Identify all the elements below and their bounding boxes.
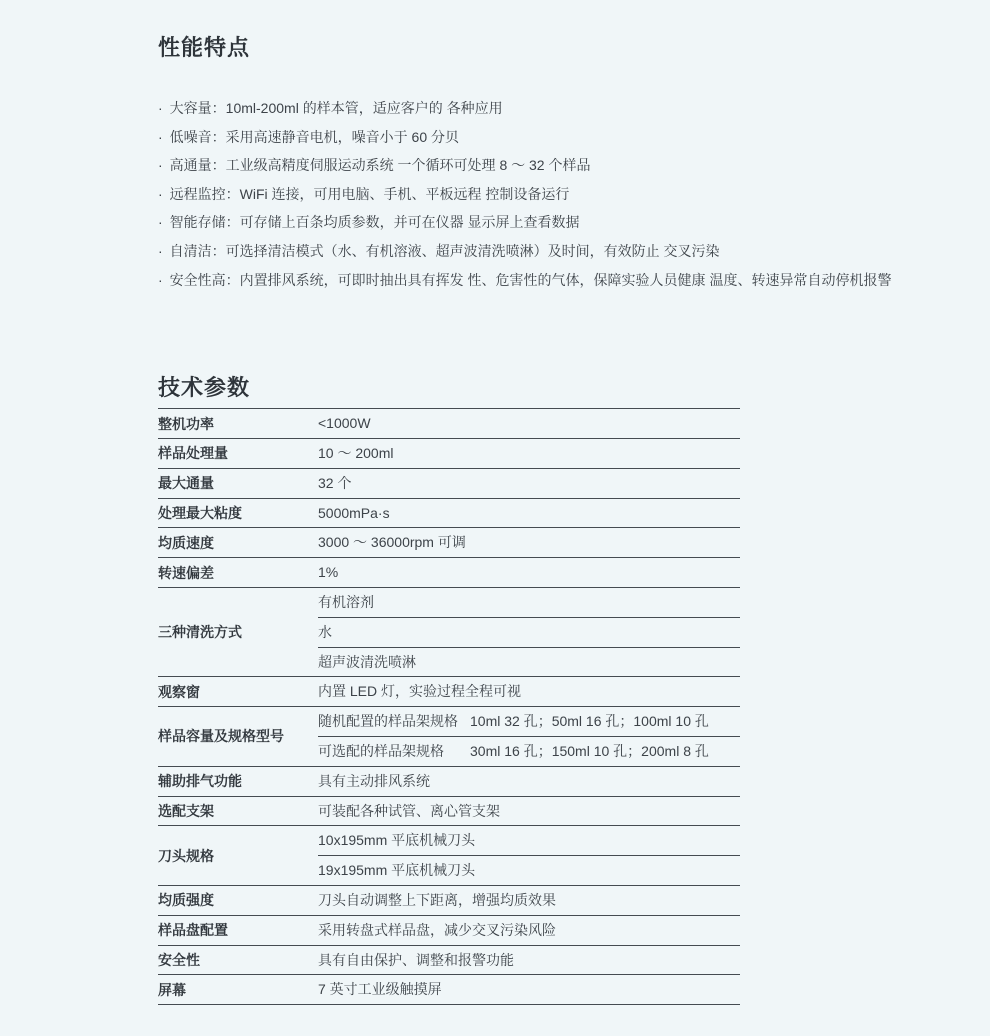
spec-value: 采用转盘式样品盘，减少交叉污染风险: [318, 916, 740, 945]
spec-row: 辅助排气功能具有主动排风系统: [158, 766, 740, 796]
feature-item: ·高通量：工业级高精度伺服运动系统 一个循环可处理 8 ～ 32 个样品: [158, 151, 950, 180]
spec-value: 可装配各种试管、离心管支架: [318, 797, 740, 826]
spec-row-values: 3000 ～ 36000rpm 可调: [318, 528, 740, 557]
bullet-marker: ·: [158, 94, 163, 123]
feature-item: ·自清洁：可选择清洁模式（水、有机溶液、超声波清洗喷淋）及时间，有效防止 交叉污…: [158, 237, 950, 266]
spec-row-label: 均质强度: [158, 886, 318, 915]
spec-value: 7 英寸工业级触摸屏: [318, 975, 740, 1004]
spec-value: 水: [318, 617, 740, 647]
spec-row: 安全性具有自由保护、调整和报警功能: [158, 945, 740, 975]
spec-row-label: 三种清洗方式: [158, 588, 318, 676]
spec-value: 3000 ～ 36000rpm 可调: [318, 528, 740, 557]
spec-row-values: 10x195mm 平底机械刀头19x195mm 平底机械刀头: [318, 826, 740, 885]
spec-row: 屏幕7 英寸工业级触摸屏: [158, 974, 740, 1004]
spec-value: 有机溶剂: [318, 588, 740, 617]
spec-row-values: 采用转盘式样品盘，减少交叉污染风险: [318, 916, 740, 945]
spec-row-values: 5000mPa·s: [318, 499, 740, 528]
spec-value-text: 30ml 16 孔；150ml 10 孔；200ml 8 孔: [470, 743, 709, 759]
spec-row-label: 选配支架: [158, 797, 318, 826]
spec-value: 可选配的样品架规格30ml 16 孔；150ml 10 孔；200ml 8 孔: [318, 736, 740, 766]
spec-row-label: 辅助排气功能: [158, 767, 318, 796]
feature-text: 自清洁：可选择清洁模式（水、有机溶液、超声波清洗喷淋）及时间，有效防止 交叉污染: [170, 243, 720, 259]
bullet-marker: ·: [158, 123, 163, 152]
spec-row-label: 样品处理量: [158, 439, 318, 468]
spec-row: 三种清洗方式有机溶剂水超声波清洗喷淋: [158, 587, 740, 676]
spec-row: 均质速度3000 ～ 36000rpm 可调: [158, 527, 740, 557]
spec-value: 刀头自动调整上下距离，增强均质效果: [318, 886, 740, 915]
spec-row-values: 具有自由保护、调整和报警功能: [318, 946, 740, 975]
feature-item: ·安全性高：内置排风系统，可即时抽出具有挥发 性、危害性的气体，保障实验人员健康…: [158, 266, 950, 295]
spec-table: 整机功率<1000W样品处理量10 ～ 200ml最大通量32 个处理最大粘度5…: [158, 408, 740, 1005]
spec-value: 1%: [318, 558, 740, 587]
specs-section: 技术参数 整机功率<1000W样品处理量10 ～ 200ml最大通量32 个处理…: [158, 373, 950, 1005]
feature-text: 智能存储：可存储上百条均质参数，并可在仪器 显示屏上查看数据: [170, 214, 580, 230]
bullet-marker: ·: [158, 237, 163, 266]
spec-value: 具有自由保护、调整和报警功能: [318, 946, 740, 975]
features-title: 性能特点: [158, 33, 950, 63]
spec-value: 随机配置的样品架规格10ml 32 孔；50ml 16 孔；100ml 10 孔: [318, 707, 740, 736]
bullet-marker: ·: [158, 208, 163, 237]
spec-row-label: 转速偏差: [158, 558, 318, 587]
bullet-marker: ·: [158, 151, 163, 180]
spec-row-values: 具有主动排风系统: [318, 767, 740, 796]
spec-value: 10 ～ 200ml: [318, 439, 740, 468]
spec-row-values: 可装配各种试管、离心管支架: [318, 797, 740, 826]
spec-row-label: 刀头规格: [158, 826, 318, 885]
bullet-marker: ·: [158, 180, 163, 209]
spec-row-values: 7 英寸工业级触摸屏: [318, 975, 740, 1004]
spec-row-values: 32 个: [318, 469, 740, 498]
spec-row-values: 有机溶剂水超声波清洗喷淋: [318, 588, 740, 676]
spec-value-text: 10ml 32 孔；50ml 16 孔；100ml 10 孔: [470, 713, 709, 729]
spec-row-values: 随机配置的样品架规格10ml 32 孔；50ml 16 孔；100ml 10 孔…: [318, 707, 740, 766]
features-section: 性能特点 ·大容量：10ml-200ml 的样本管，适应客户的 各种应用·低噪音…: [158, 33, 950, 294]
spec-value-sublabel: 可选配的样品架规格: [318, 737, 470, 766]
feature-item: ·智能存储：可存储上百条均质参数，并可在仪器 显示屏上查看数据: [158, 208, 950, 237]
spec-row: 观察窗内置 LED 灯，实验过程全程可视: [158, 676, 740, 706]
feature-item: ·远程监控：WiFi 连接，可用电脑、手机、平板远程 控制设备运行: [158, 180, 950, 209]
spec-row-label: 屏幕: [158, 975, 318, 1004]
spec-row-values: 内置 LED 灯，实验过程全程可视: [318, 677, 740, 706]
spec-value: <1000W: [318, 409, 740, 438]
feature-item: ·大容量：10ml-200ml 的样本管，适应客户的 各种应用: [158, 94, 950, 123]
specs-title: 技术参数: [158, 373, 950, 403]
spec-row-label: 样品盘配置: [158, 916, 318, 945]
feature-list: ·大容量：10ml-200ml 的样本管，适应客户的 各种应用·低噪音：采用高速…: [158, 94, 950, 294]
spec-row: 样品盘配置采用转盘式样品盘，减少交叉污染风险: [158, 915, 740, 945]
spec-row-label: 均质速度: [158, 528, 318, 557]
spec-row: 样品容量及规格型号随机配置的样品架规格10ml 32 孔；50ml 16 孔；1…: [158, 706, 740, 766]
spec-value: 32 个: [318, 469, 740, 498]
spec-value: 10x195mm 平底机械刀头: [318, 826, 740, 855]
spec-row-label: 最大通量: [158, 469, 318, 498]
feature-text: 安全性高：内置排风系统，可即时抽出具有挥发 性、危害性的气体，保障实验人员健康 …: [170, 272, 892, 288]
spec-row: 均质强度刀头自动调整上下距离，增强均质效果: [158, 885, 740, 915]
spec-row-label: 样品容量及规格型号: [158, 707, 318, 766]
spec-row-values: 1%: [318, 558, 740, 587]
spec-value: 19x195mm 平底机械刀头: [318, 855, 740, 885]
spec-row: 选配支架可装配各种试管、离心管支架: [158, 796, 740, 826]
spec-row: 刀头规格10x195mm 平底机械刀头19x195mm 平底机械刀头: [158, 825, 740, 885]
spec-value: 5000mPa·s: [318, 499, 740, 528]
spec-row: 整机功率<1000W: [158, 408, 740, 438]
spec-value-sublabel: 随机配置的样品架规格: [318, 707, 470, 736]
product-spec-page: 性能特点 ·大容量：10ml-200ml 的样本管，适应客户的 各种应用·低噪音…: [0, 0, 990, 1036]
spec-row: 转速偏差1%: [158, 557, 740, 587]
spec-row: 最大通量32 个: [158, 468, 740, 498]
feature-text: 大容量：10ml-200ml 的样本管，适应客户的 各种应用: [170, 100, 503, 116]
spec-value: 超声波清洗喷淋: [318, 647, 740, 677]
spec-value: 内置 LED 灯，实验过程全程可视: [318, 677, 740, 706]
feature-text: 低噪音：采用高速静音电机，噪音小于 60 分贝: [170, 129, 459, 145]
spec-row: 样品处理量10 ～ 200ml: [158, 438, 740, 468]
spec-row: 处理最大粘度5000mPa·s: [158, 498, 740, 528]
spec-row-label: 观察窗: [158, 677, 318, 706]
feature-text: 高通量：工业级高精度伺服运动系统 一个循环可处理 8 ～ 32 个样品: [170, 157, 591, 173]
spec-row-values: <1000W: [318, 409, 740, 438]
spec-row-label: 安全性: [158, 946, 318, 975]
feature-item: ·低噪音：采用高速静音电机，噪音小于 60 分贝: [158, 123, 950, 152]
bullet-marker: ·: [158, 266, 163, 295]
spec-row-label: 整机功率: [158, 409, 318, 438]
spec-row-values: 刀头自动调整上下距离，增强均质效果: [318, 886, 740, 915]
spec-row-values: 10 ～ 200ml: [318, 439, 740, 468]
feature-text: 远程监控：WiFi 连接，可用电脑、手机、平板远程 控制设备运行: [170, 186, 570, 202]
spec-row-label: 处理最大粘度: [158, 499, 318, 528]
spec-value: 具有主动排风系统: [318, 767, 740, 796]
